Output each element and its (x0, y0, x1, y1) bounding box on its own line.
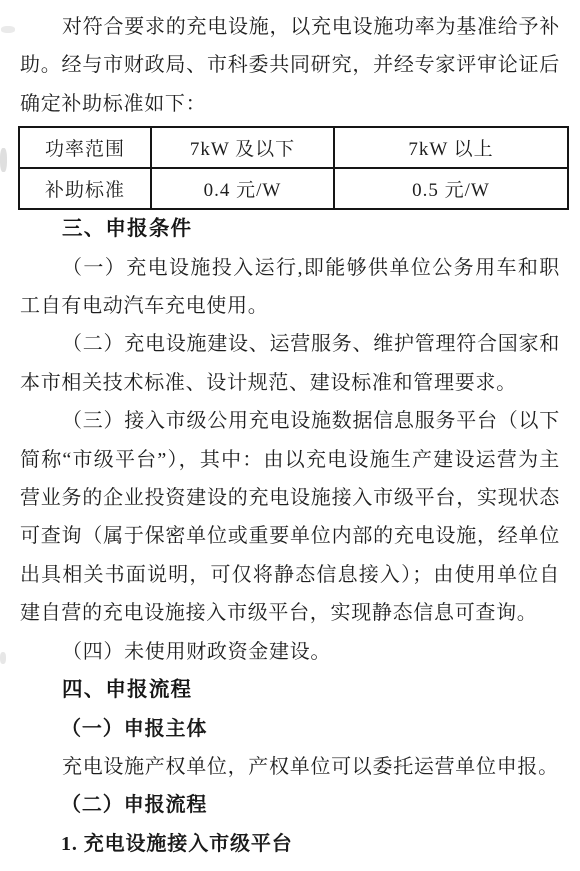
section4-sub1-body: 充电设施产权单位，产权单位可以委托运营单位申报。 (20, 748, 560, 786)
table-cell-subsidy-high: 0.5 元/W (334, 168, 568, 209)
section3-item1: （一）充电设施投入运行,即能够供单位公务用车和职工自有电动汽车充电使用。 (20, 249, 560, 326)
intro-paragraph: 对符合要求的充电设施，以充电设施功率为基准给予补助。经与市财政局、市科委共同研究… (20, 8, 560, 123)
section4-sub1-heading: （一）申报主体 (20, 710, 560, 748)
table-cell-power-high: 7kW 以上 (334, 127, 568, 168)
section4-heading: 四、申报流程 (20, 671, 560, 709)
scan-artifact (1, 26, 15, 33)
section3-item3: （三）接入市级公用充电设施数据信息服务平台（以下简称“市级平台”），其中：由以充… (20, 402, 560, 632)
section3-item4: （四）未使用财政资金建设。 (20, 633, 560, 671)
scan-artifact (0, 652, 6, 664)
table-cell-subsidy-low: 0.4 元/W (151, 168, 334, 209)
section3-heading: 三、申报条件 (20, 210, 560, 248)
scan-artifact (0, 148, 7, 172)
table-cell-subsidy-label: 补助标准 (19, 168, 151, 209)
table-cell-power-range-label: 功率范围 (19, 127, 151, 168)
section3-item2: （二）充电设施建设、运营服务、维护管理符合国家和本市相关技术标准、设计规范、建设… (20, 325, 560, 402)
table-row-power-range: 功率范围 7kW 及以下 7kW 以上 (19, 127, 568, 168)
table-cell-power-low: 7kW 及以下 (151, 127, 334, 168)
section4-sub2-heading: （二）申报流程 (20, 786, 560, 824)
subsidy-standard-table: 功率范围 7kW 及以下 7kW 以上 补助标准 0.4 元/W 0.5 元/W (18, 126, 569, 210)
section4-step1: 1. 充电设施接入市级平台 (20, 825, 560, 863)
table-row-subsidy-standard: 补助标准 0.4 元/W 0.5 元/W (19, 168, 568, 209)
document-page: 对符合要求的充电设施，以充电设施功率为基准给予补助。经与市财政局、市科委共同研究… (0, 0, 580, 871)
